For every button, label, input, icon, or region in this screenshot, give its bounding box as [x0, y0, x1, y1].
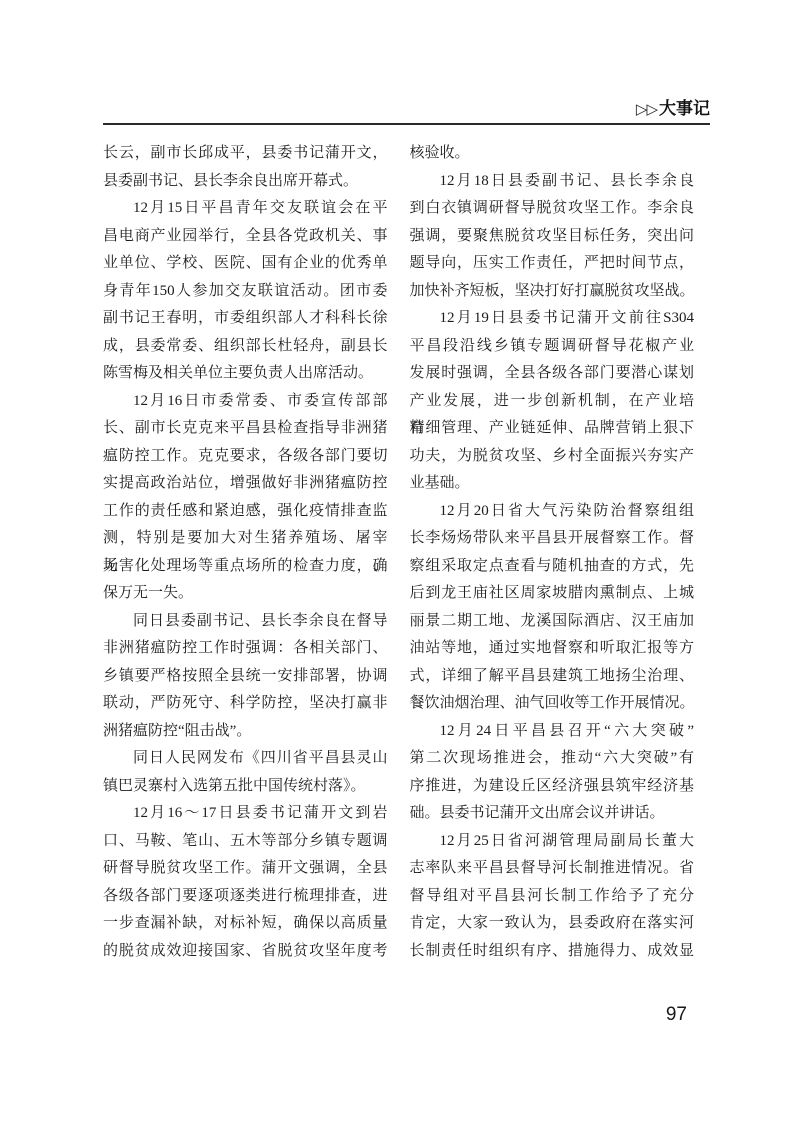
text-line: 长云，副市长邱成平，县委书记蒲开文，: [103, 140, 388, 168]
text-line: 功夫，为脱贫攻坚、乡村全面振兴夯实产: [410, 443, 695, 471]
text-line: 洲猪瘟防控“阻击战”。: [103, 718, 388, 746]
page-number: 97: [666, 1004, 687, 1026]
section-title: 大事记: [659, 98, 710, 120]
text-line: 题导向，压实工作责任，严把时间节点，: [410, 250, 695, 278]
text-line: 后到龙王庙社区周家坡腊肉熏制点、上城: [410, 580, 695, 608]
text-line: 发展时强调，全县各级各部门要潜心谋划: [410, 360, 695, 388]
text-line: 餐饮油烟治理、油气回收等工作开展情况。: [410, 690, 695, 718]
text-line: 12月25日省河湖管理局副局长董大: [410, 828, 695, 856]
text-line: 实提高政治站位，增强做好非洲猪瘟防控: [103, 470, 388, 498]
text-line: 到白衣镇调研督导脱贫攻坚工作。李余良: [410, 195, 695, 223]
text-line: 联动，严防死守、科学防控，坚决打赢非: [103, 690, 388, 718]
text-line: 的脱贫成效迎接国家、省脱贫攻坚年度考: [103, 938, 388, 966]
text-line: 精细管理、产业链延伸、品牌营销上狠下: [410, 415, 695, 443]
document-page: ▷▷ 大事记 长云，副市长邱成平，县委书记蒲开文，县委副书记、县长李余良出席开幕…: [0, 0, 793, 1122]
chevrons-icon: ▷▷: [636, 98, 657, 120]
text-line: 12月20日省大气污染防治督察组组: [410, 498, 695, 526]
page-header: ▷▷ 大事记: [636, 98, 710, 120]
text-line: 第二次现场推进会，推动“六大突破”有: [410, 745, 695, 773]
text-line: 12月16日市委常委、市委宣传部部: [103, 388, 388, 416]
text-line: 无害化处理场等重点场所的检查力度，确: [103, 553, 388, 581]
text-line: 丽景二期工地、龙溪国际酒店、汉王庙加: [410, 608, 695, 636]
header-divider: [103, 123, 710, 125]
text-line: 序推进，为建设丘区经济强县筑牢经济基: [410, 773, 695, 801]
body-text: 长云，副市长邱成平，县委书记蒲开文，县委副书记、县长李余良出席开幕式。12月15…: [103, 140, 694, 965]
text-line: 县委副书记、县长李余良出席开幕式。: [103, 168, 388, 196]
text-line: 长制责任时组织有序、措施得力、成效显: [410, 938, 695, 966]
text-line: 12月24日平昌县召开“六大突破”: [410, 718, 695, 746]
text-line: 督导组对平昌县河长制工作给予了充分: [410, 883, 695, 911]
text-line: 强调，要聚焦脱贫攻坚目标任务，突出问: [410, 223, 695, 251]
text-line: 式，详细了解平昌县建筑工地扬尘治理、: [410, 663, 695, 691]
text-line: 志率队来平昌县督导河长制推进情况。省: [410, 855, 695, 883]
text-line: 保万无一失。: [103, 580, 388, 608]
text-line: 陈雪梅及相关单位主要负责人出席活动。: [103, 360, 388, 388]
text-line: 长、副市长克克来平昌县检查指导非洲猪: [103, 415, 388, 443]
text-line: 核验收。: [410, 140, 695, 168]
text-line: 同日县委副书记、县长李余良在督导: [103, 608, 388, 636]
text-line: 各级各部门要逐项逐类进行梳理排查，进: [103, 883, 388, 911]
text-line: 研督导脱贫攻坚工作。蒲开文强调，全县: [103, 855, 388, 883]
text-line: 油站等地，通过实地督察和听取汇报等方: [410, 635, 695, 663]
text-line: 础。县委书记蒲开文出席会议并讲话。: [410, 800, 695, 828]
text-line: 口、马鞍、笔山、五木等部分乡镇专题调: [103, 828, 388, 856]
text-line: 12月19日县委书记蒲开文前往S304: [410, 305, 695, 333]
text-line: 乡镇要严格按照全县统一安排部署，协调: [103, 663, 388, 691]
text-line: 产业发展，进一步创新机制，在产业培育、: [410, 388, 695, 416]
text-column-left: 长云，副市长邱成平，县委书记蒲开文，县委副书记、县长李余良出席开幕式。12月15…: [103, 140, 388, 965]
text-line: 非洲猪瘟防控工作时强调：各相关部门、: [103, 635, 388, 663]
text-line: 肯定，大家一致认为，县委政府在落实河: [410, 910, 695, 938]
text-line: 长李炀炀带队来平昌县开展督察工作。督: [410, 525, 695, 553]
text-line: 成，县委常委、组织部长杜轻舟，副县长: [103, 333, 388, 361]
text-line: 12月18日县委副书记、县长李余良: [410, 168, 695, 196]
text-line: 副书记王春明，市委组织部人才科科长徐: [103, 305, 388, 333]
text-line: 12月15日平昌青年交友联谊会在平: [103, 195, 388, 223]
text-line: 昌电商产业园举行，全县各党政机关、事: [103, 223, 388, 251]
text-line: 镇巴灵寨村入选第五批中国传统村落》。: [103, 773, 388, 801]
text-line: 身青年150人参加交友联谊活动。团市委: [103, 278, 388, 306]
text-column-right: 核验收。12月18日县委副书记、县长李余良到白衣镇调研督导脱贫攻坚工作。李余良强…: [410, 140, 695, 965]
text-line: 察组采取定点查看与随机抽查的方式，先: [410, 553, 695, 581]
text-line: 测，特别是要加大对生猪养殖场、屠宰场、: [103, 525, 388, 553]
text-line: 12月16～17日县委书记蒲开文到岩: [103, 800, 388, 828]
text-line: 瘟防控工作。克克要求，各级各部门要切: [103, 443, 388, 471]
text-line: 业基础。: [410, 470, 695, 498]
text-line: 工作的责任感和紧迫感，强化疫情排查监: [103, 498, 388, 526]
text-line: 一步查漏补缺，对标补短，确保以高质量: [103, 910, 388, 938]
text-line: 同日人民网发布《四川省平昌县灵山: [103, 745, 388, 773]
text-line: 业单位、学校、医院、国有企业的优秀单: [103, 250, 388, 278]
text-line: 平昌段沿线乡镇专题调研督导花椒产业: [410, 333, 695, 361]
text-line: 加快补齐短板，坚决打好打赢脱贫攻坚战。: [410, 278, 695, 306]
